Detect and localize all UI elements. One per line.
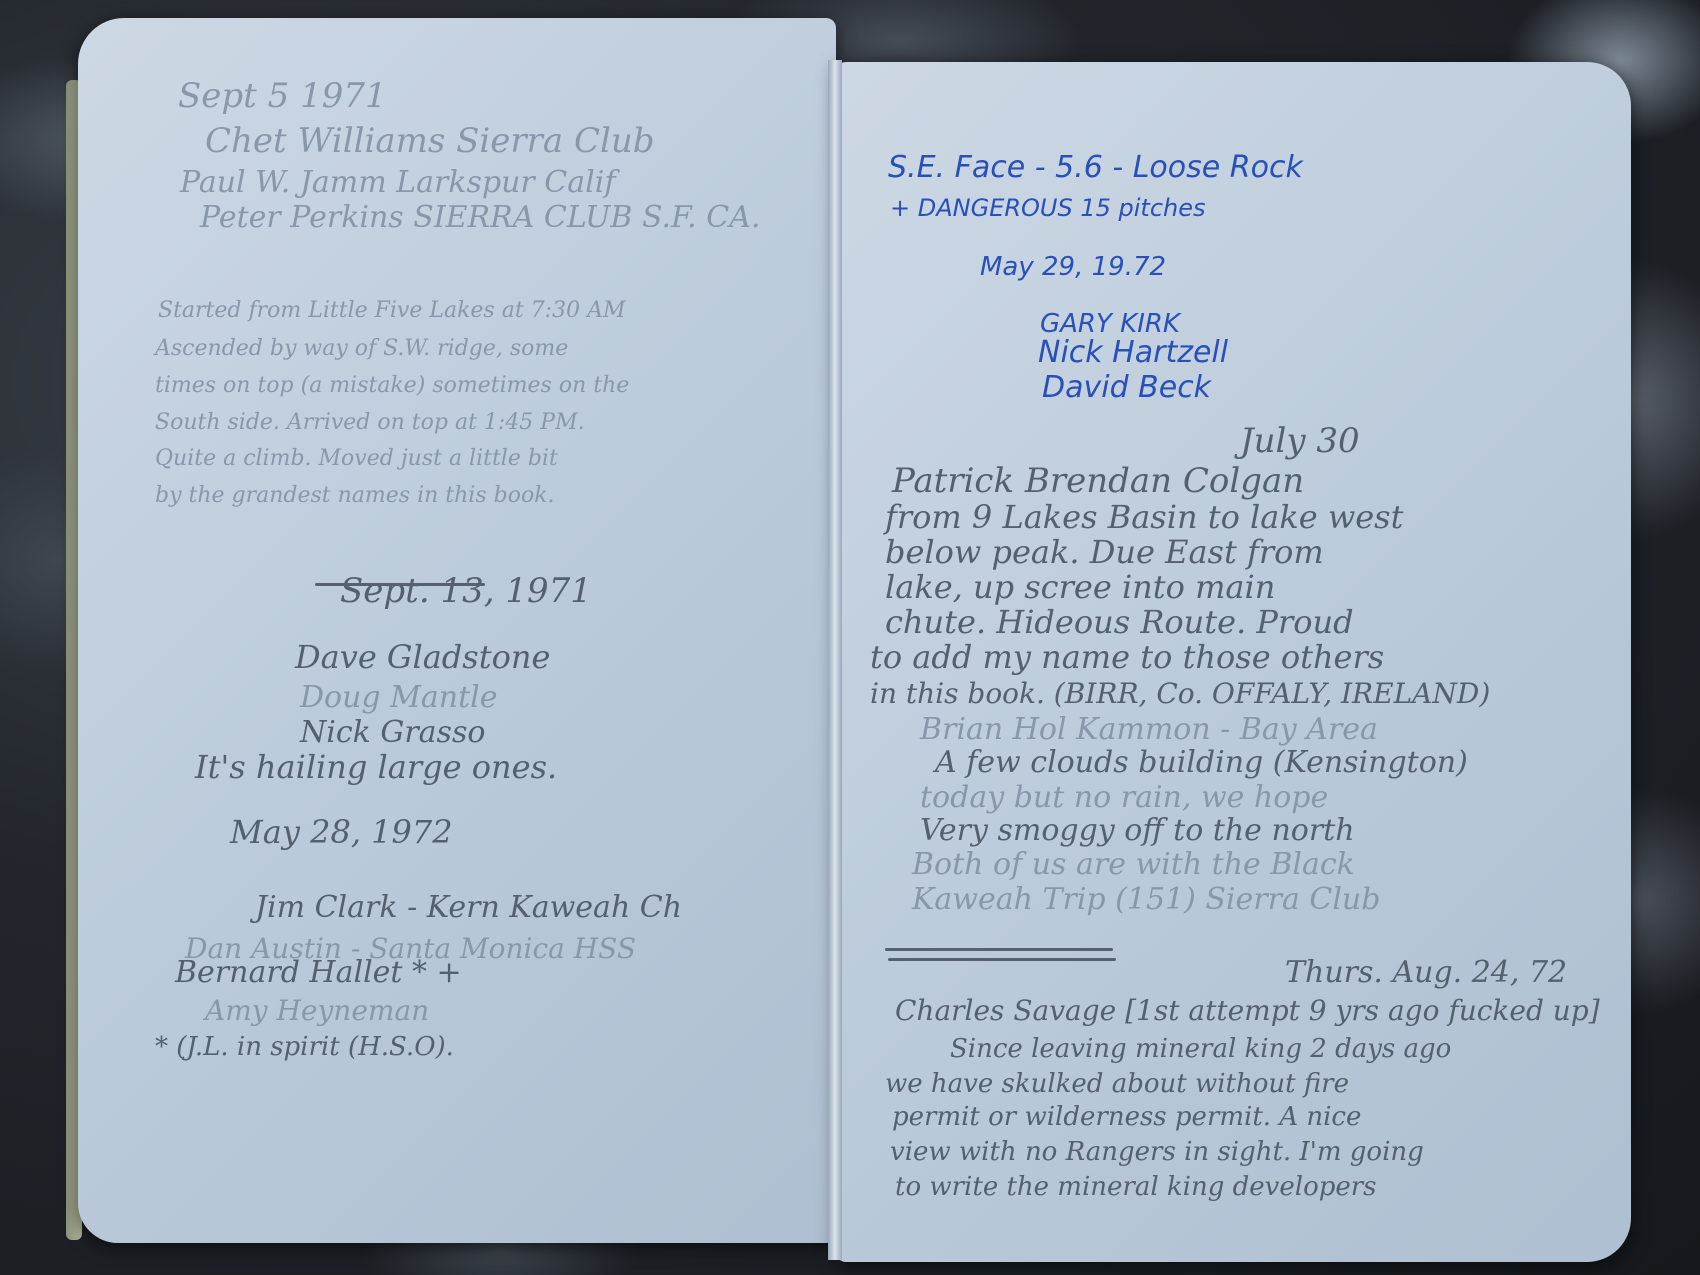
right-handwritten-line: S.E. Face - 5.6 - Loose Rock	[888, 150, 1303, 185]
right-handwritten-line: view with no Rangers in sight. I'm going	[890, 1137, 1424, 1167]
left-handwritten-line: times on top (a mistake) sometimes on th…	[155, 373, 629, 398]
left-handwritten-line: Paul W. Jamm Larkspur Calif	[180, 165, 615, 200]
left-handwritten-line: Amy Heyneman	[205, 994, 429, 1027]
right-handwritten-line: today but no rain, we hope	[920, 780, 1328, 815]
right-handwritten-line: Thurs. Aug. 24, 72	[1285, 955, 1567, 990]
left-handwritten-line: by the grandest names in this book.	[155, 483, 555, 508]
left-handwritten-line: Doug Mantle	[300, 680, 498, 715]
left-handwritten-line: Quite a climb. Moved just a little bit	[155, 446, 558, 471]
right-handwritten-line: July 30	[1240, 421, 1360, 461]
left-handwritten-line: Ascended by way of S.W. ridge, some	[155, 336, 568, 361]
right-handwritten-line: Charles Savage [1st attempt 9 yrs ago fu…	[895, 994, 1600, 1027]
left-handwritten-line: May 28, 1972	[230, 813, 453, 851]
right-handwritten-line: to add my name to those others	[870, 638, 1384, 676]
left-handwritten-line: Nick Grasso	[300, 715, 485, 750]
right-handwritten-line: Nick Hartzell	[1038, 335, 1228, 370]
left-handwritten-line: South side. Arrived on top at 1:45 PM.	[155, 410, 585, 435]
right-handwritten-line: lake, up scree into main	[885, 568, 1275, 606]
left-handwritten-line: Dave Gladstone	[295, 638, 550, 676]
right-handwritten-line: A few clouds building (Kensington)	[935, 745, 1468, 780]
right-handwritten-line: Since leaving mineral king 2 days ago	[950, 1034, 1451, 1064]
left-handwritten-line: Chet Williams Sierra Club	[205, 121, 655, 161]
right-handwritten-line: Patrick Brendan Colgan	[892, 461, 1304, 501]
right-handwritten-line: Brian Hol Kammon - Bay Area	[920, 712, 1378, 747]
left-handwritten-line: Peter Perkins SIERRA CLUB S.F. CA.	[200, 200, 760, 235]
right-handwritten-line: below peak. Due East from	[885, 533, 1324, 571]
right-handwritten-line: chute. Hideous Route. Proud	[885, 603, 1354, 641]
right-handwritten-line: Both of us are with the Black	[912, 847, 1355, 882]
left-handwritten-line: Bernard Hallet * +	[175, 955, 462, 990]
left-handwritten-line: Started from Little Five Lakes at 7:30 A…	[158, 298, 625, 323]
right-handwritten-line: May 29, 19.72	[980, 252, 1166, 282]
left-handwritten-line: * (J.L. in spirit (H.S.O).	[155, 1032, 454, 1062]
entry-separator-rule	[885, 948, 1113, 951]
right-handwritten-line: David Beck	[1042, 370, 1211, 405]
right-handwritten-line: Very smoggy off to the north	[920, 813, 1355, 848]
left-handwritten-line: Sept 5 1971	[178, 76, 387, 116]
notebook-spine	[828, 60, 842, 1260]
date-underline	[315, 583, 485, 586]
left-handwritten-line: Sept. 13, 1971	[340, 571, 592, 611]
right-handwritten-line: we have skulked about without fire	[885, 1069, 1349, 1099]
right-handwritten-line: in this book. (BIRR, Co. OFFALY, IRELAND…	[870, 677, 1490, 710]
right-handwritten-line: permit or wilderness permit. A nice	[892, 1102, 1361, 1132]
left-handwritten-line: It's hailing large ones.	[195, 748, 557, 786]
right-handwritten-line: + DANGEROUS 15 pitches	[890, 194, 1206, 222]
right-handwritten-line: from 9 Lakes Basin to lake west	[885, 498, 1403, 536]
right-handwritten-line: to write the mineral king developers	[895, 1172, 1377, 1202]
left-handwritten-line: Jim Clark - Kern Kaweah Ch	[255, 890, 682, 925]
right-handwritten-line: Kaweah Trip (151) Sierra Club	[912, 882, 1380, 917]
entry-separator-rule	[888, 958, 1116, 961]
